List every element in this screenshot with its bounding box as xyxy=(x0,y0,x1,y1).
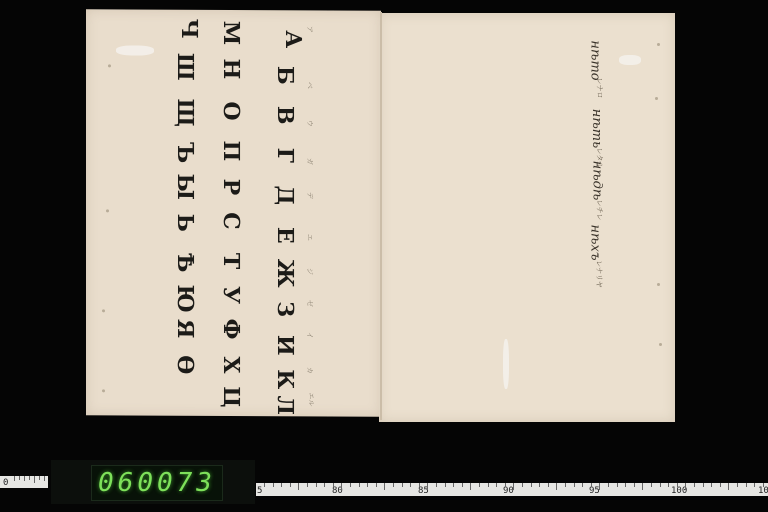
kana-note: レチレ xyxy=(594,200,604,221)
ruler-label: 90 xyxy=(503,486,514,496)
hole xyxy=(102,389,105,392)
hole xyxy=(106,209,109,212)
ruler-left: 0 xyxy=(0,476,48,488)
kana-note: ウ xyxy=(305,120,315,127)
paper-damage xyxy=(116,45,154,55)
kana-note: ガ xyxy=(305,158,315,165)
kana-note: レナリヤ xyxy=(594,260,604,288)
handwritten-word: нѣто xyxy=(588,40,603,80)
handwritten-word: нѣть xyxy=(589,109,604,148)
paper-damage xyxy=(619,55,641,65)
kana-annotations: ア ベ ウ ガ デ エ ジ ゼ イ カ エル xyxy=(86,9,381,417)
hole xyxy=(108,64,111,67)
frame-counter: 060073 xyxy=(51,460,255,504)
kana-note: ゼ xyxy=(305,300,315,307)
hole xyxy=(659,343,662,346)
page-fold xyxy=(380,12,382,420)
counter-value: 060073 xyxy=(92,468,222,498)
kana-note: ジ xyxy=(305,268,315,275)
kana-note: レナロ xyxy=(595,78,605,99)
kana-note: エル xyxy=(306,392,316,406)
ruler-label: 95 xyxy=(589,486,600,496)
hole xyxy=(657,43,660,46)
kana-note: エ xyxy=(305,234,315,241)
ruler-label: 0 xyxy=(3,478,8,488)
kana-note: カ xyxy=(305,367,315,374)
counter-display: 060073 xyxy=(91,465,223,501)
handwritten-word: нѣхъ xyxy=(588,224,603,260)
hole xyxy=(655,97,658,100)
ruler-label: 10 xyxy=(758,486,768,496)
kana-note: ア xyxy=(305,26,315,33)
handwritten-word: нѣдѣ xyxy=(589,161,604,201)
hole xyxy=(102,309,105,312)
kana-note: デ xyxy=(305,192,315,199)
ruler-right: 5 80 85 90 95 100 10 xyxy=(256,483,768,496)
left-page: А Б В Г Д Е Ж З И К Л М Н О П Р С Т У Ф … xyxy=(86,9,381,417)
kana-note: イ xyxy=(305,332,315,339)
ruler-label: 5 xyxy=(257,486,262,496)
paper-damage xyxy=(503,339,509,389)
right-page: нѣто レナロ нѣть レタル нѣдѣ レチレ нѣхъ レナリヤ xyxy=(379,13,675,422)
hole xyxy=(657,283,660,286)
kana-note: ベ xyxy=(305,82,315,89)
